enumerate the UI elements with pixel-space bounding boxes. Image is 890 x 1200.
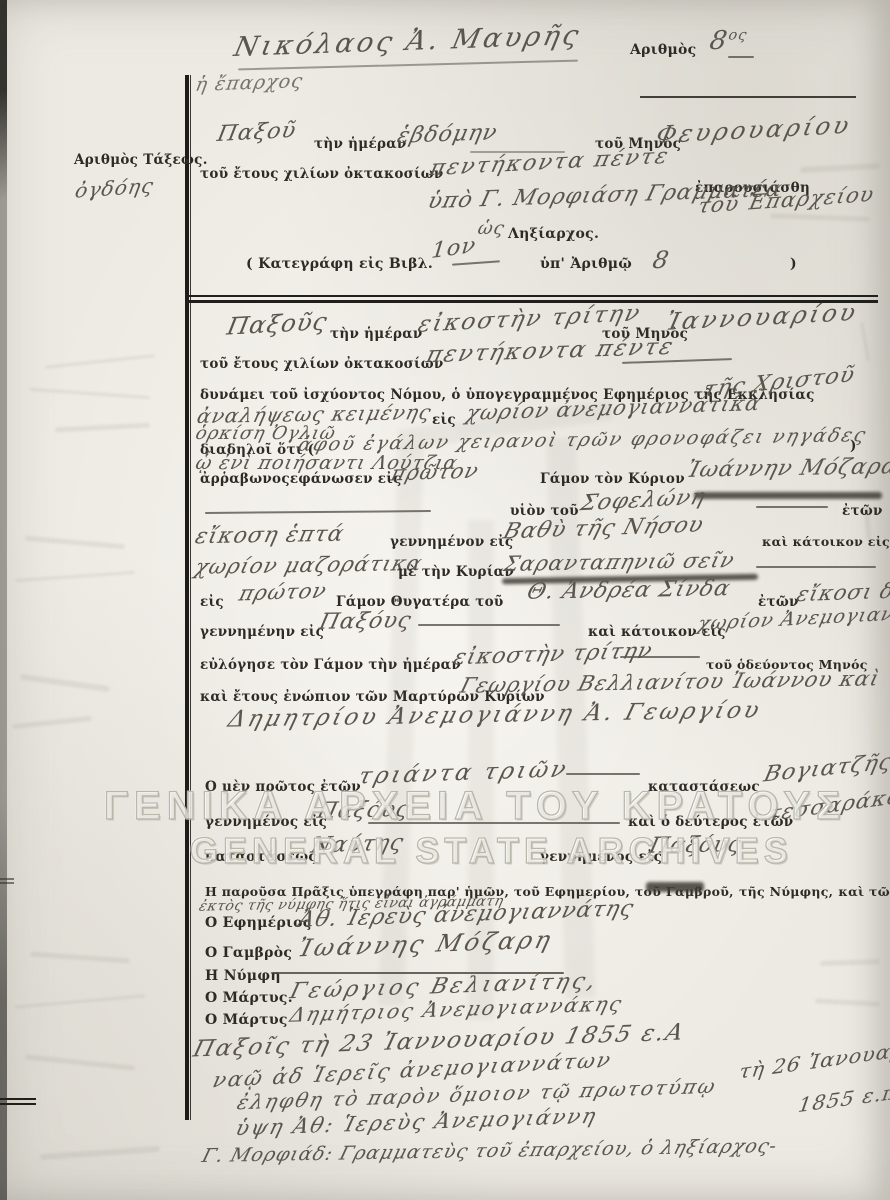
act-first1: πρῶτον	[389, 459, 482, 486]
reg-as-registrar-hw: ὡς	[476, 218, 507, 239]
act-bride-age: εἴκοσι δύο	[794, 578, 890, 606]
sig-bride-label: Η Νύμφη	[205, 968, 281, 984]
reg-place: Παξοῦ	[215, 118, 299, 147]
bleedthrough-mark	[40, 1146, 160, 1160]
act-groom-village: χωρίον μαζοράτικα	[192, 551, 425, 579]
bleedthrough-mark	[25, 1054, 135, 1070]
act-bride-father: Θ. Ἀνδρέα Σίνδα	[524, 576, 733, 605]
bleedthrough-mark	[45, 354, 155, 368]
act-wed-day-dash	[620, 656, 700, 658]
act-place: Παξοῦς	[225, 307, 331, 340]
act-bride-label: μὲ τὴν Κυρίαν	[398, 564, 514, 580]
header-subname-handwritten: ἡ ἔπαρχος	[194, 70, 305, 96]
act-age-label: ἐτῶν	[842, 503, 883, 519]
groom-name-underline-smudge	[694, 492, 882, 499]
wit-first-status: Βογιατζῆς	[761, 750, 890, 788]
act-groom-father: Σοφελώνη	[578, 485, 709, 516]
reg-book-dash	[452, 260, 500, 265]
bleedthrough-mark	[860, 322, 870, 362]
bleedthrough-mark	[25, 536, 125, 550]
reg-recorded-close: )	[790, 256, 797, 272]
act-born-label2: γεννημένην εἰς	[200, 624, 324, 640]
margin-vertical-rule	[185, 75, 193, 1120]
act-paren-close: )	[850, 438, 857, 454]
reg-month-value: Φευρουαρίου	[653, 111, 854, 149]
act-bride-dash	[756, 566, 876, 568]
header-name-flourish	[238, 60, 578, 71]
reg-year-value: πεντήκοντα πέντε	[427, 144, 672, 181]
scan-left-edge	[0, 0, 7, 1200]
reg-number-value: 8	[651, 246, 672, 274]
sig-witness-label2: Ο Μάρτυς	[205, 1012, 288, 1028]
act-born-label: γεννημένον εἰς	[390, 534, 513, 550]
bleedthrough-mark	[820, 959, 880, 966]
act-father-dash	[756, 506, 828, 508]
act-groom-age: εἴκοση ἑπτά	[193, 522, 347, 550]
bleedthrough-mark	[30, 388, 150, 399]
header-number-dash	[728, 56, 754, 58]
act-bride-birth: Παξόυς	[317, 608, 414, 635]
act-at-label: εἰς	[432, 412, 456, 428]
act-year-label: τοῦ ἔτους χιλίων ὀκτακοσίων	[200, 356, 444, 372]
margin-order-label: Αριθμὸς Τάξεως.	[74, 152, 208, 168]
footer-line2-right: τὴ 26 Ἰανουαρ.	[738, 1036, 890, 1083]
bleedthrough-mark	[20, 674, 110, 692]
bleedthrough-mark	[12, 716, 92, 729]
act-blessed-label: εὐλόγησε τὸν Γάμον τὴν ἡμέραν	[200, 657, 461, 673]
act-resident-label: καὶ κάτοικον εἰς	[762, 534, 890, 549]
header-number-label: Αριθμὸς	[630, 42, 697, 58]
header-number-value: 8ος	[707, 26, 748, 56]
act-groom-label: Γάμον τὸν Κύριον	[540, 471, 685, 487]
archives-watermark-greek: ΓΕΝΙΚΑ ΑΡΧΕΙΑ ΤΟΥ ΚΡΑΤΟΥΣ	[104, 784, 846, 829]
number-suffix: ος	[727, 27, 748, 43]
reg-recorded-open: ( Κατεγράφη εἰς Βιβλ.	[246, 256, 433, 272]
wit-first-age-dash	[566, 773, 640, 775]
bleedthrough-mark	[15, 994, 145, 1008]
header-number-underline	[640, 96, 856, 98]
sig-groom-label: Ο Γαμβρὸς	[205, 945, 292, 961]
bride-mention-blot	[646, 882, 704, 892]
reg-year-label: τοῦ ἔτους χιλίων ὀκτακοσίων	[200, 166, 444, 182]
margin-order-value: ὀγδόης	[73, 173, 156, 202]
act-crowned-label: ἀρῥαβωνοςεφάνωσεν εἰς	[200, 471, 402, 487]
sig-statement-b: καὶ τῶν Μαρτύρων.	[838, 884, 890, 899]
act-daughter-label: Γάμον Θυγατέρα τοῦ	[336, 594, 504, 610]
act-groom-name: Ἰωάννην Μόζαρα	[684, 454, 890, 483]
act-first2: πρώτον	[237, 579, 330, 606]
scanned-marriage-record-page: Νικόλαος Ἀ. Μαυρῆς ἡ ἔπαρχος Αριθμὸς 8ος…	[0, 0, 890, 1200]
bleedthrough-mark	[800, 163, 880, 173]
act-bride-birth-dash	[418, 624, 560, 626]
reg-day-label: τὴν ἡμέραν	[314, 136, 407, 152]
bottom-left-double-line	[0, 1098, 36, 1105]
act-at2-label: εἰς	[200, 594, 224, 610]
reg-registrar-label: Ληξίαρχος.	[508, 226, 599, 242]
act-bride-struck: Σαρανταπηνιῶ σεῖν	[501, 548, 737, 576]
bleedthrough-mark	[815, 998, 880, 1006]
archives-watermark-english: GENERAL STATE ARCHIVES	[190, 830, 793, 872]
left-tick-mark	[0, 878, 14, 884]
act-day-label: τὴν ἡμέραν	[330, 326, 423, 342]
bleedthrough-mark	[770, 213, 870, 221]
header-name-handwritten: Νικόλαος Ἀ. Μαυρῆς	[231, 20, 584, 63]
bleedthrough-mark	[30, 952, 130, 964]
sig-statement-struck: τῆς Νύμφης,	[739, 884, 833, 899]
reg-under-label: ὑπ' Ἀριθμῷ	[540, 256, 632, 272]
reg-book-value: 1ον	[430, 233, 477, 264]
reg-day-value: ἑβδόμην	[395, 120, 500, 148]
bleedthrough-mark	[55, 423, 150, 433]
act-witness1: Γεωργίου Βελλιανίτου Ἰωάννου καὶ	[458, 666, 883, 697]
act-month-value: Ἰαννουαρίου	[663, 298, 861, 336]
bleedthrough-mark	[15, 571, 135, 582]
footer-line3-right: 1855 ε.π.	[797, 1079, 890, 1117]
footer-line5: Γ. Μορφιάδ: Γραμματεὺς τοῦ ἐπαρχείου, ὁ …	[200, 1135, 780, 1167]
sig-witness-label1: Ο Μάρτυς.	[205, 990, 293, 1006]
